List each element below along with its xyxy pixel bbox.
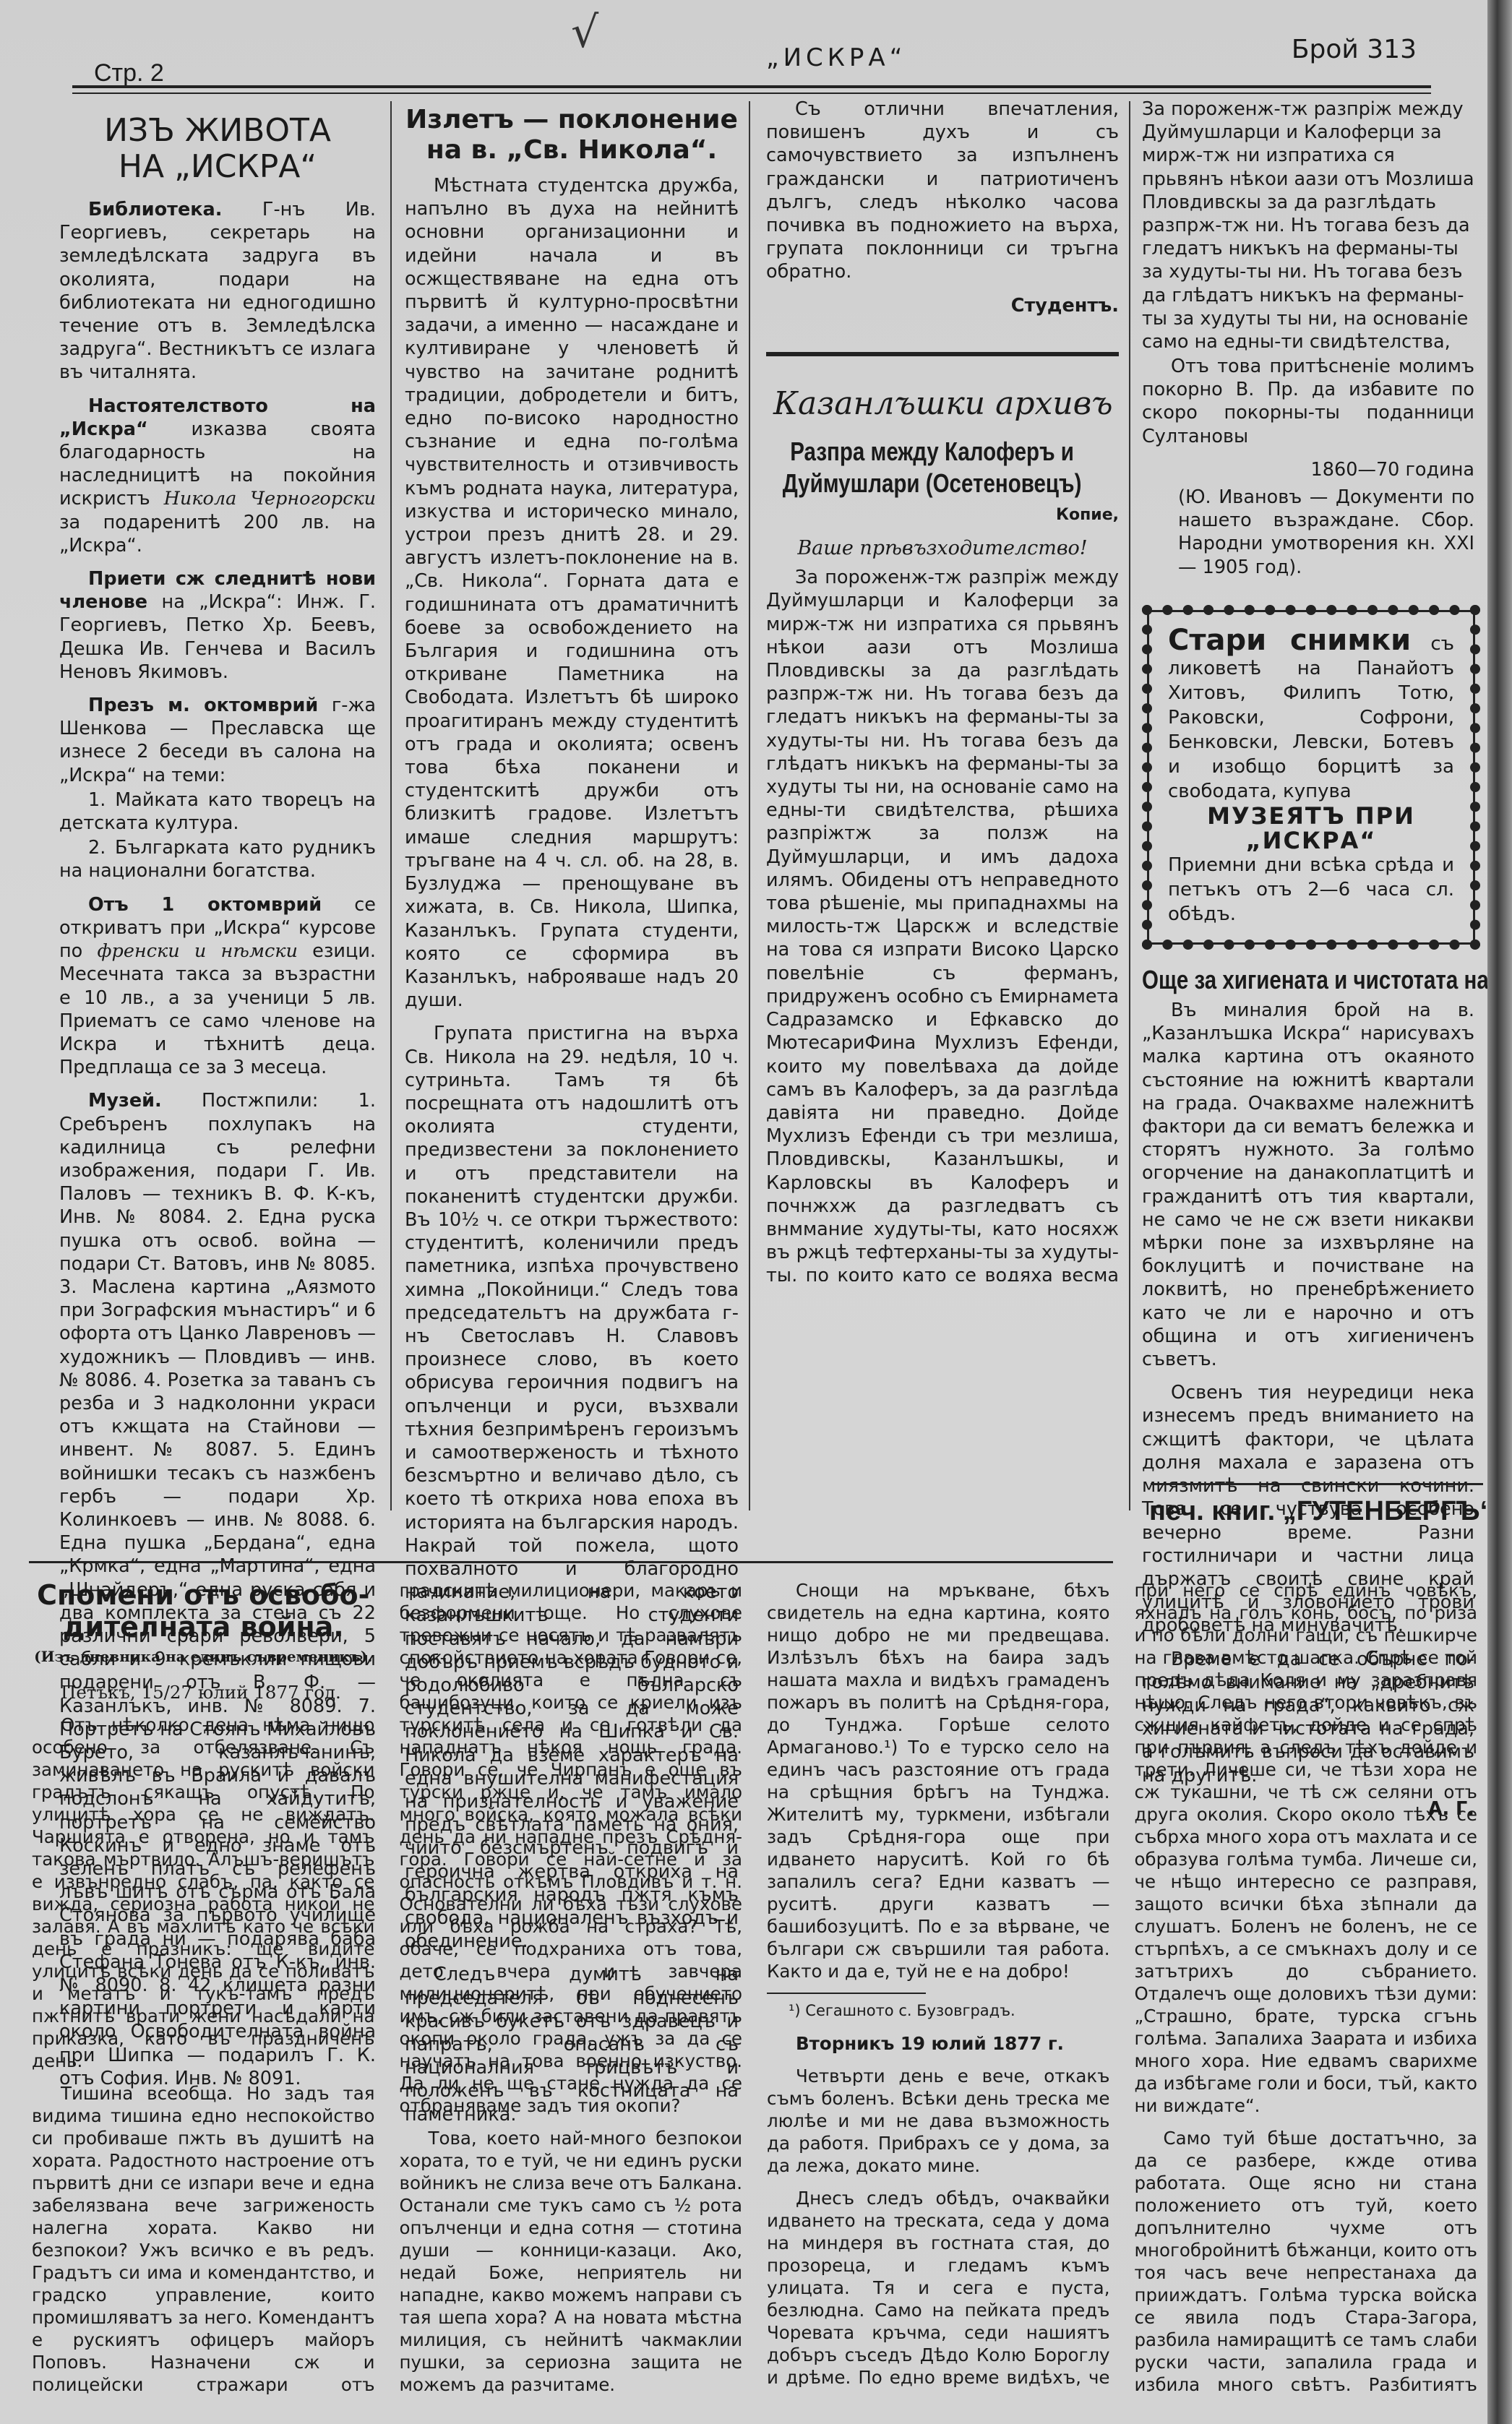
section-rule <box>766 352 1119 356</box>
lecture-topic: 2. Българката като рудникъ на национални… <box>59 836 376 882</box>
archive-section-title: Казанлъшки архивъ <box>773 385 1119 423</box>
printer-imprint: печ. книг. „ГУТЕНБЕРГЪ“ - Казанлъкъ <box>1149 1496 1512 1527</box>
paragraph: Отъ нѣколко дена нѣма нищо особено за от… <box>32 1714 375 2072</box>
memoirs-article: Спомени отъ освобо- дителната война. (Из… <box>32 1579 1477 2396</box>
archive-continued-text: За пороженж-тж разпрiж между Дуймушларци… <box>1142 98 1474 355</box>
printer-rule <box>1151 1483 1483 1485</box>
paragraph: За пороженж-тж разпрiж между Дуймушларци… <box>766 566 1119 1281</box>
book-spine <box>1487 0 1512 2424</box>
issue-number: Брой 313 <box>1292 35 1417 64</box>
footnote-rule <box>767 1993 926 1994</box>
news-item: Отъ 1 октомврий се откриватъ при „Искра“… <box>59 893 376 1080</box>
archive-continuation: За пороженж-тж разпрiж между Дуймушларци… <box>1142 98 1474 355</box>
date-line: 1860—70 година <box>1142 458 1474 481</box>
news-item: Приети сж следнитѣ нови членове на „Искр… <box>59 567 376 684</box>
checkmark-annotation: √ <box>571 7 598 58</box>
column-divider <box>1129 101 1130 1510</box>
iskra-life-title: ИЗЪ ЖИВОТА НА „ИСКРА“ <box>59 113 376 185</box>
memoirs-subtitle: (Изъ дневника на единъ съвременикъ). <box>32 1646 375 1668</box>
header-rule <box>72 85 1431 94</box>
excursion-title: Излетъ — поклонение на в. „Св. Никола“. <box>405 105 739 166</box>
column-divider <box>749 101 750 1510</box>
news-item: Настоятелството на „Искра“ изказва своят… <box>59 395 376 557</box>
memoirs-title: Спомени отъ освобо- дителната война. <box>32 1579 375 1643</box>
archive-title: Разпра между Калоферъ и Дуймушлари (Осет… <box>766 436 1098 499</box>
lower-section-rule <box>29 1561 1113 1563</box>
hygiene-title: Още за хигиената и чистотата на грда <box>1142 968 1414 992</box>
footnote: ¹) Сегашното с. Бузовградъ. <box>767 2000 1110 2022</box>
newspaper-name: „ИСКРА“ <box>766 43 906 72</box>
ad-title: Стари снимки <box>1168 624 1411 657</box>
diary-date: Петъкъ, 15/27 юлий 1877 год. <box>32 1681 375 1703</box>
ad-hours: Приемни дни всѣка срѣда и петъкъ отъ 2—6… <box>1168 853 1454 927</box>
signature: Студентъ. <box>766 294 1119 317</box>
paragraph: Четвърти день е вече, откакъ съмъ боленъ… <box>767 2065 1110 2177</box>
paragraph: Снощи на мръкване, бѣхъ свидетель на едн… <box>767 1579 1110 1982</box>
archive-text-clip: За пороженж-тж разпрiж между Дуймушларци… <box>766 566 1119 1281</box>
column-divider <box>390 101 392 1510</box>
paragraph: Това, което най-много безпокои хората, т… <box>400 2127 743 2396</box>
salutation: Ваше прѣвъзходителство! <box>766 537 1119 560</box>
paragraph: Мѣстната студентска дружба, напълно въ д… <box>405 174 739 1012</box>
ad-text: съ ликоветѣ на Панайотъ Хитовъ, Филипъ Т… <box>1168 633 1454 802</box>
paragraph: Отъ това притѣсненiе молимъ покорно В. П… <box>1142 355 1474 448</box>
column-archive: Съ отлични впечатления, повишенъ духъ и … <box>766 98 1119 1281</box>
diary-date: Вторникъ 19 юлий 1877 г. <box>767 2032 1110 2055</box>
paragraph: Въ миналия брой на в. „Казанлъшка Искра“… <box>1142 999 1474 1371</box>
newspaper-page: √ Стр. 2 „ИСКРА“ Брой 313 ИЗЪ ЖИВОТА НА … <box>0 0 1489 2424</box>
lecture-topic: 1. Майката като творецъ на детската култ… <box>59 788 376 835</box>
copy-label: Копие, <box>766 504 1119 527</box>
ad-old-photos: Стари снимки съ ликоветѣ на Панайотъ Хит… <box>1142 605 1480 950</box>
ad-museum: МУЗЕЯТЪ ПРИ „ИСКРА“ <box>1168 804 1454 853</box>
column-hygiene: За пороженж-тж разпрiж между Дуймушларци… <box>1142 98 1474 1828</box>
news-item: Библиотека. Г-нъ Ив. Георгиевъ, секретар… <box>59 198 376 384</box>
source-citation: (Ю. Ивановъ — Документи по нашето възраж… <box>1142 486 1474 579</box>
page-number: Стр. 2 <box>94 59 164 87</box>
paragraph: Съ отлични впечатления, повишенъ духъ и … <box>766 98 1119 284</box>
news-item: Презъ м. октомврий г-жа Шенкова — Пресла… <box>59 694 376 787</box>
